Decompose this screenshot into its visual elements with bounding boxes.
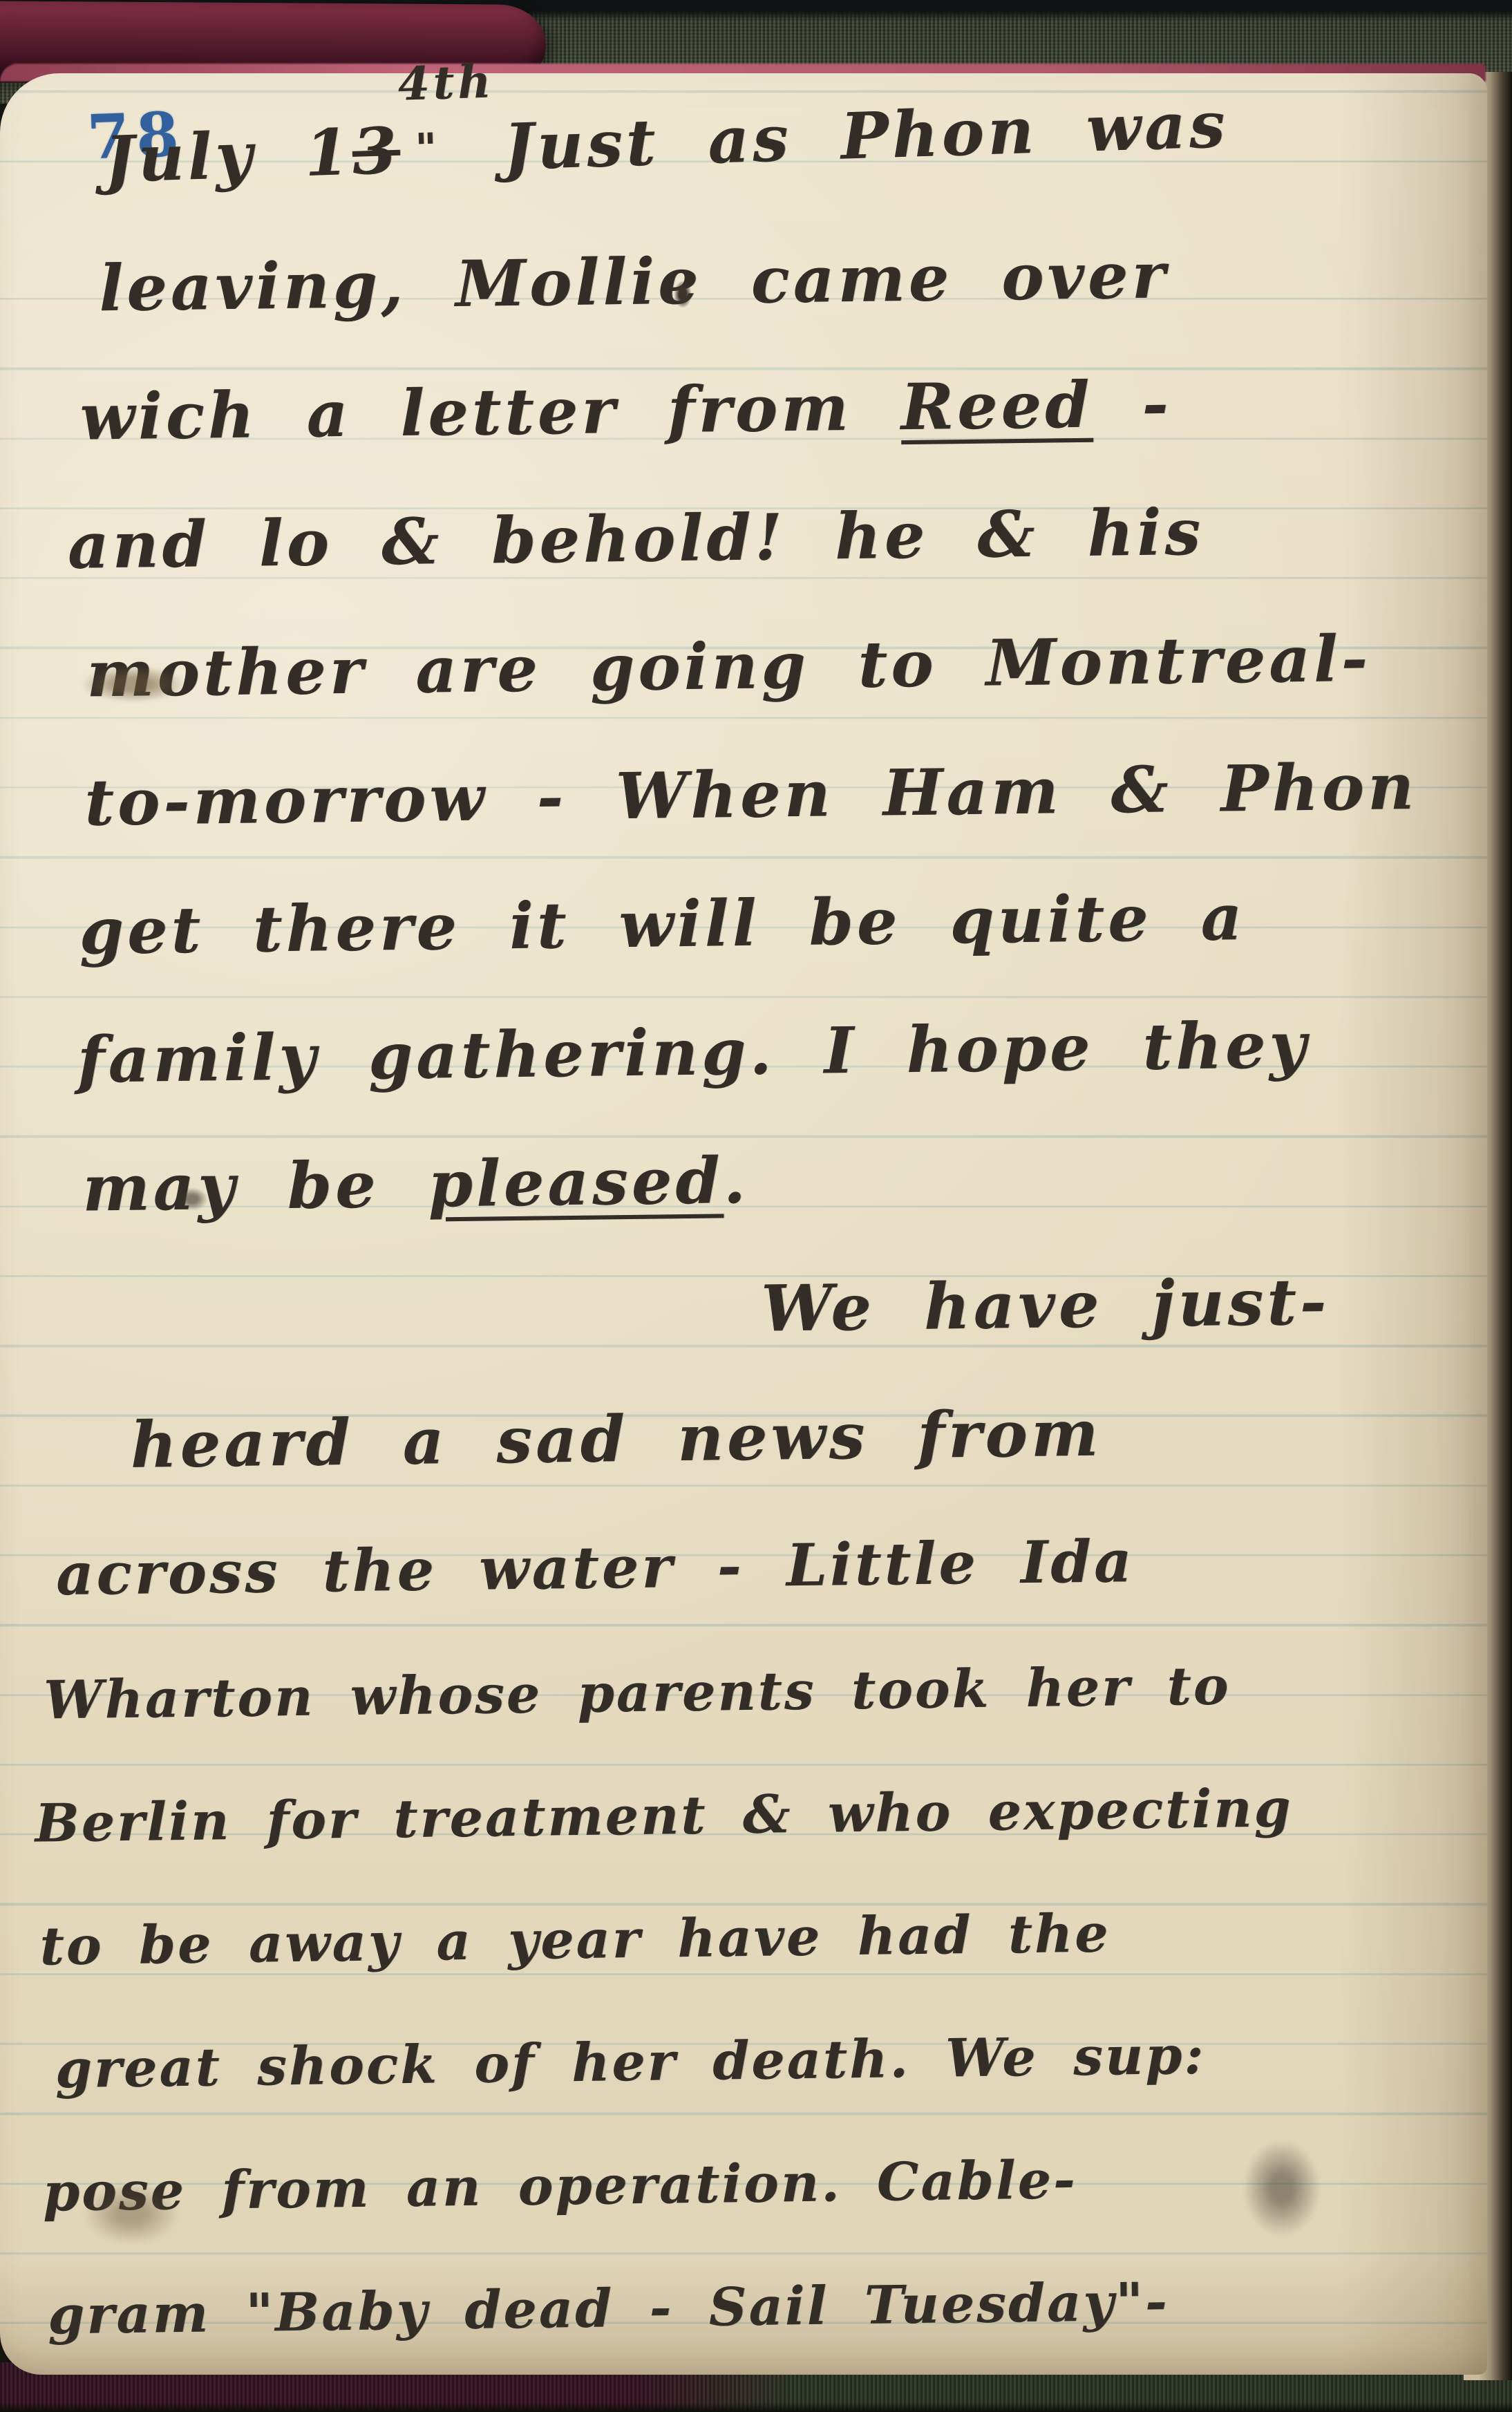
handwritten-line: mother are going to Montreal-	[6, 593, 1495, 739]
handwritten-line: and lo & behold! he & his	[5, 464, 1493, 611]
pleased-before: may be	[82, 1147, 429, 1226]
handwritten-line-date: July 134th"Just as Phon was	[0, 79, 1489, 225]
pleased-after: .	[723, 1143, 749, 1218]
handwritten-line-pleased: may be pleased.	[12, 1107, 1501, 1254]
handwritten-line-letter: wich a letter from Reed -	[3, 336, 1492, 482]
date-prefix: July 1	[103, 115, 353, 197]
handwritten-line: great shock of her death. We sup:	[23, 1990, 1512, 2131]
handwritten-line: gram "Baby dead - Sail Tuesday"-	[26, 2236, 1512, 2377]
handwritten-line: across the water - Little Ida	[17, 1493, 1506, 1639]
underlined-word: pleased	[428, 1143, 724, 1221]
superscript-day: 4th	[397, 58, 495, 106]
handwritten-line: Berlin for treatment & who expecting	[20, 1744, 1509, 1885]
underlined-name: Reed	[900, 368, 1093, 444]
handwritten-line: leaving, Mollie came over	[1, 207, 1490, 354]
handwritten-line: We have just-	[14, 1236, 1502, 1382]
date-rest: Just as Phon was	[502, 87, 1229, 185]
handwritten-line: heard a sad news from	[16, 1364, 1504, 1511]
letter-after: -	[1093, 366, 1173, 442]
diary-page: 78 July 134th"Just as Phon was leaving, …	[0, 73, 1487, 2375]
handwritten-line: Wharton whose parents took her to	[19, 1621, 1507, 1762]
handwritten-line: to-morrow - When Ham & Phon	[8, 722, 1496, 868]
date-correction: 4th"	[401, 169, 504, 173]
handwritten-entry: July 134th"Just as Phon was leaving, Mol…	[0, 79, 1512, 2377]
letter-before: wich a letter from	[79, 370, 901, 455]
handwritten-line: family gathering. I hope they	[11, 979, 1500, 1125]
handwritten-line: pose from an operation. Cable-	[25, 2113, 1512, 2254]
handwritten-line: get there it will be quite a	[10, 850, 1498, 997]
handwritten-line: to be away a year have had the	[22, 1867, 1511, 2008]
struck-digit: 3	[351, 113, 401, 189]
insertion-ditto-mark: "	[415, 128, 441, 170]
